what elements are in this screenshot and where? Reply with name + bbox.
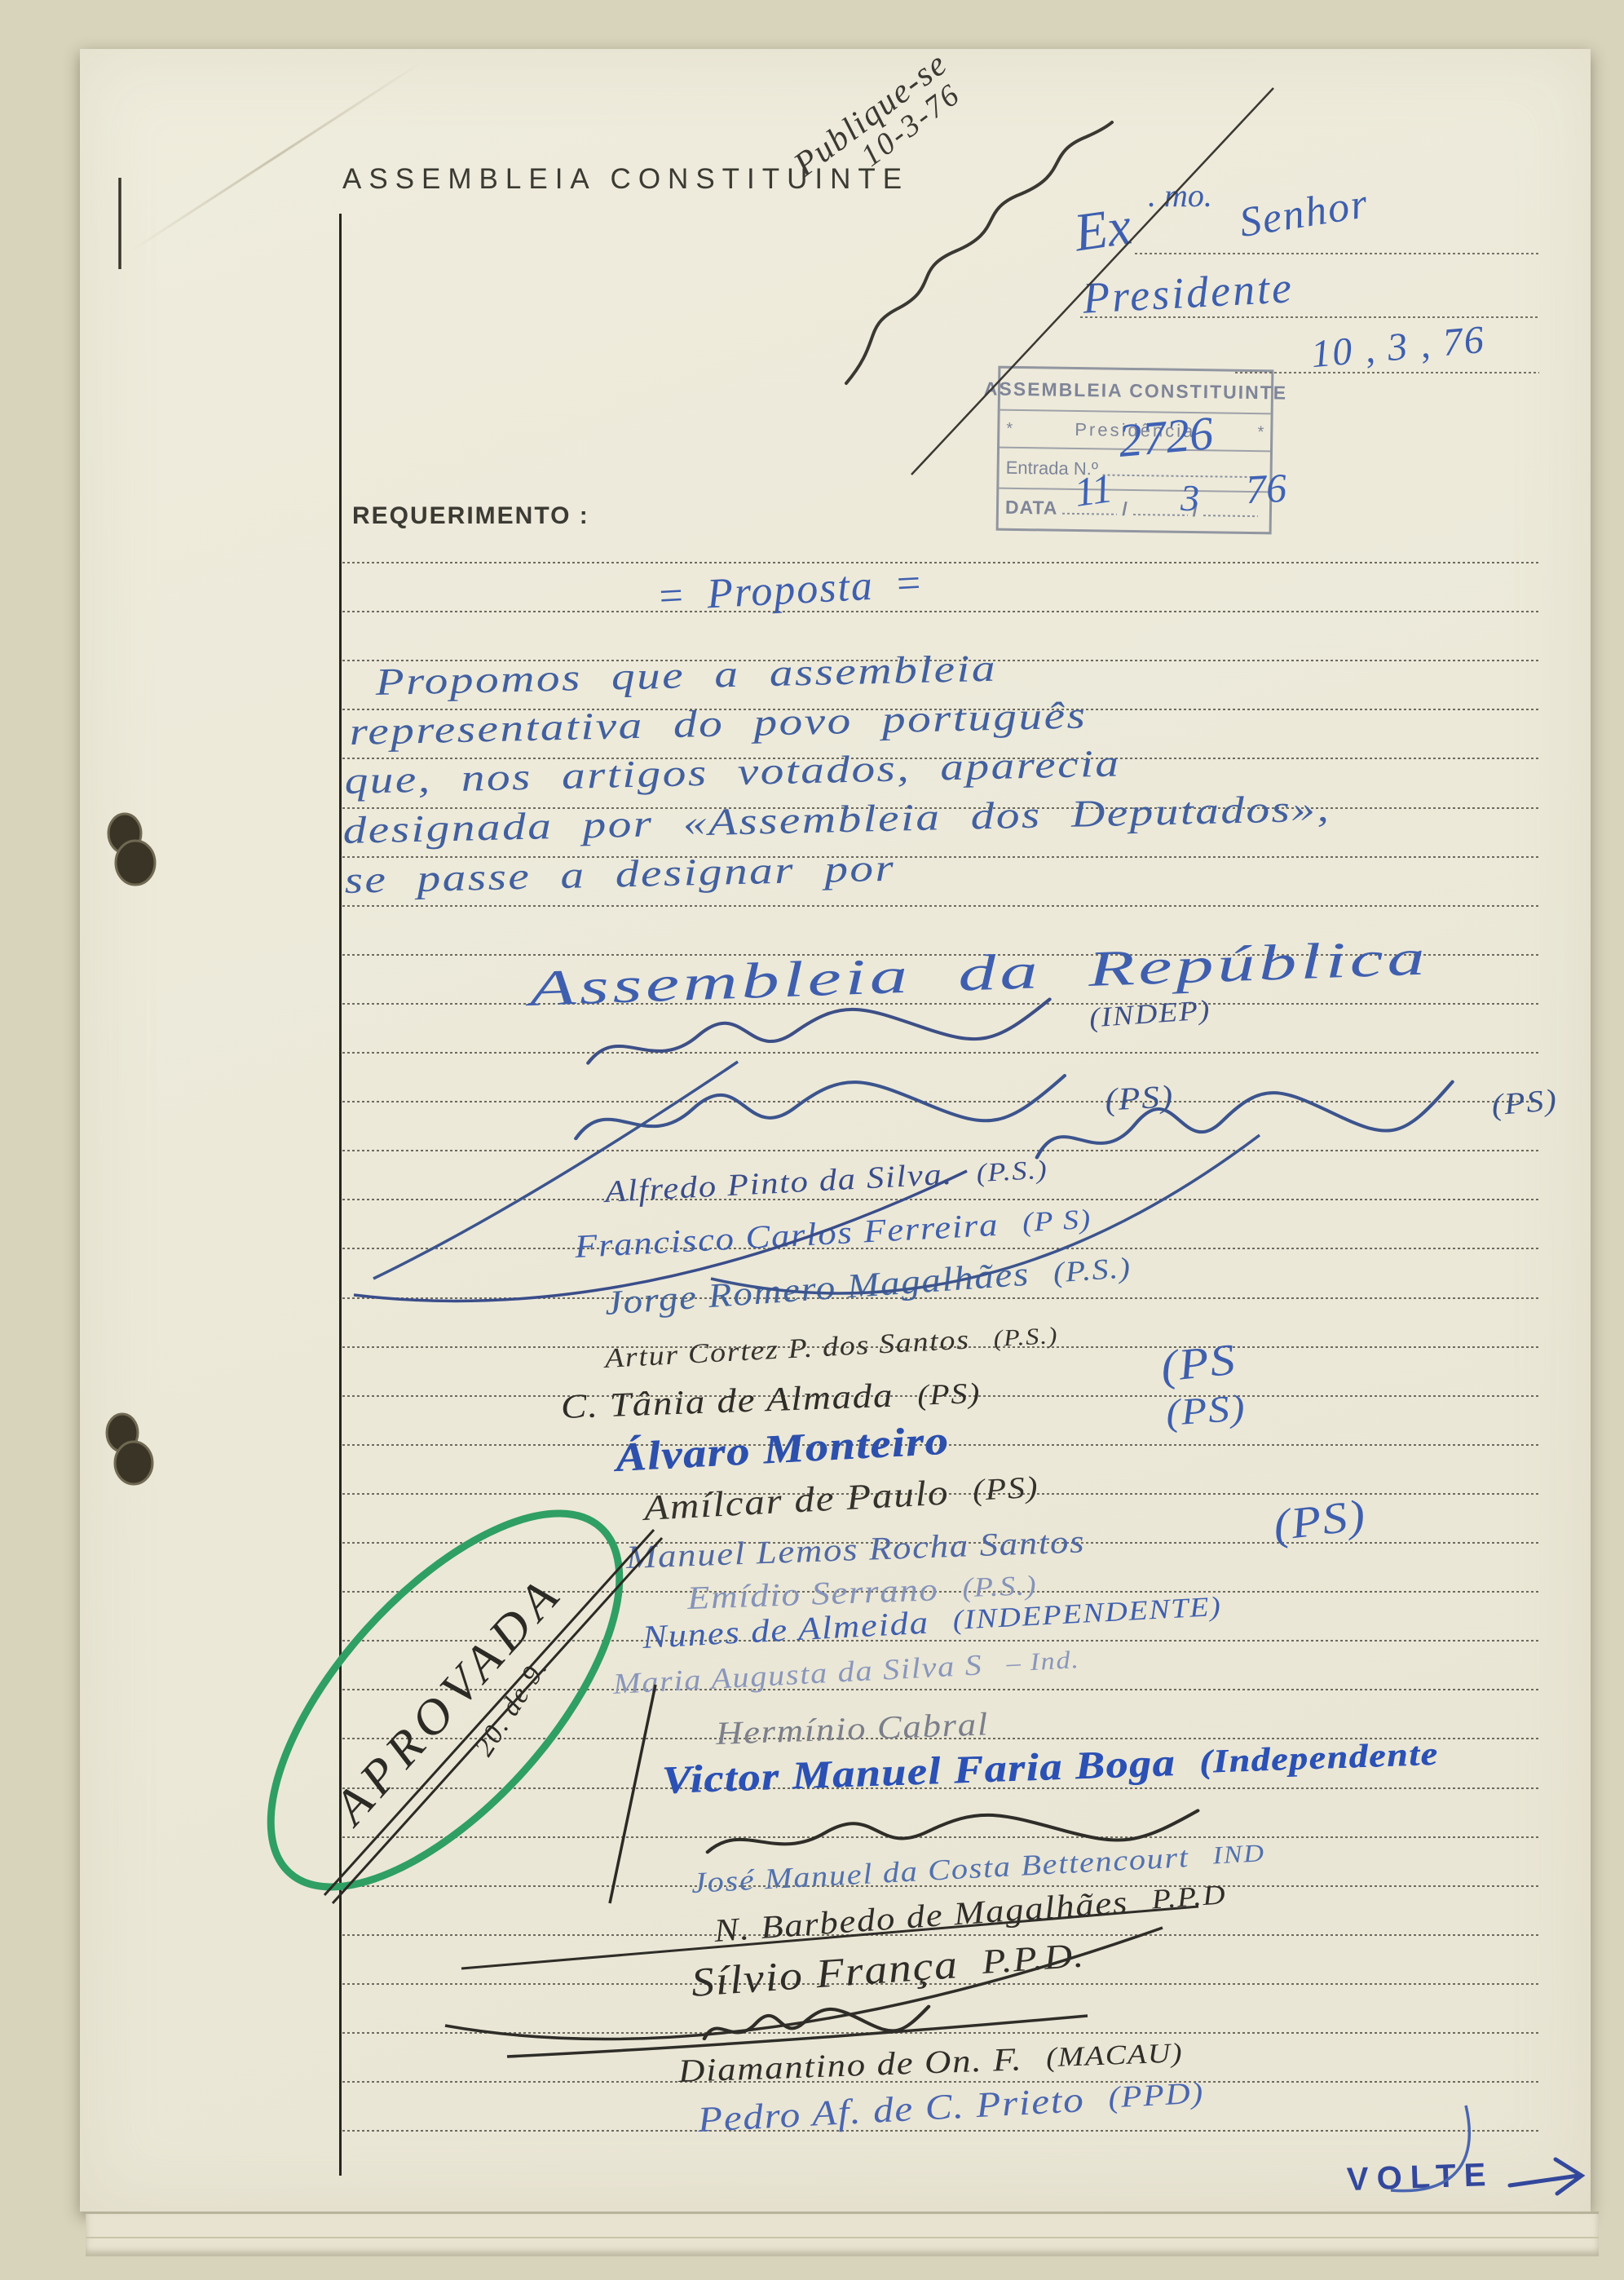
signature-name: (PS) xyxy=(1164,1385,1247,1434)
entry-stamp-title: ASSEMBLEIA CONSTITUINTE xyxy=(1000,369,1272,415)
signature-party: (P.S.) xyxy=(976,1154,1049,1188)
signature-party: (P.S.) xyxy=(993,1322,1059,1352)
signature-party: (PS) xyxy=(972,1470,1039,1509)
stamp-star-right: * xyxy=(1257,423,1264,442)
signature-party: (INDEP) xyxy=(1088,995,1212,1034)
ruled-line xyxy=(342,562,1541,563)
ruled-line xyxy=(342,2032,1541,2034)
signature-name: (PS xyxy=(1158,1334,1238,1392)
signature-party: (P S) xyxy=(1022,1204,1092,1238)
ruled-line xyxy=(342,2081,1541,2083)
signature-party: (PS) xyxy=(916,1376,981,1412)
entry-date-rule-3 xyxy=(1203,515,1258,517)
signature-party: (PPD) xyxy=(1107,2075,1205,2115)
entry-number-value: 2726 xyxy=(1116,405,1215,468)
signature-party: – Ind. xyxy=(1006,1646,1081,1678)
party-tag: (PS xyxy=(1158,1334,1238,1392)
entry-date-month: 3 xyxy=(1180,476,1199,519)
turn-page-label: VOLTE xyxy=(1346,2157,1494,2198)
address-rule-3 xyxy=(1235,372,1539,373)
signature-party: (Independente xyxy=(1198,1734,1439,1781)
paper-crease xyxy=(128,60,423,254)
ruled-line xyxy=(342,2130,1541,2132)
entry-date-year: 76 xyxy=(1245,464,1288,514)
ruled-line xyxy=(342,1934,1541,1936)
ruled-line xyxy=(342,1199,1541,1200)
address-ex: Ex xyxy=(1070,196,1136,265)
ruled-line xyxy=(342,905,1541,907)
ruled-line xyxy=(342,1248,1541,1249)
ruled-line xyxy=(342,611,1541,612)
signature-party: (PS) xyxy=(1490,1083,1560,1124)
request-label: REQUERIMENTO : xyxy=(352,502,589,530)
signature-party: (MACAU) xyxy=(1045,2038,1184,2074)
underlying-sheet-edge xyxy=(86,2212,1599,2256)
signature-party: (P.S.) xyxy=(1052,1250,1132,1290)
signature-party: P.P.D xyxy=(1150,1880,1227,1915)
form-margin-line xyxy=(339,214,342,2176)
address-rule-1 xyxy=(1135,253,1539,254)
entry-date-rule-2 xyxy=(1133,514,1188,516)
signature-party: IND xyxy=(1212,1839,1266,1870)
entry-date-day: 11 xyxy=(1071,464,1115,516)
entry-date-label: DATA xyxy=(1005,496,1058,519)
signature-party: P.P.D. xyxy=(981,1935,1086,1982)
address-mo: . mo. xyxy=(1148,176,1212,214)
party-tag: (PS) xyxy=(1164,1385,1247,1434)
entry-date-sep-1: / xyxy=(1122,497,1128,519)
